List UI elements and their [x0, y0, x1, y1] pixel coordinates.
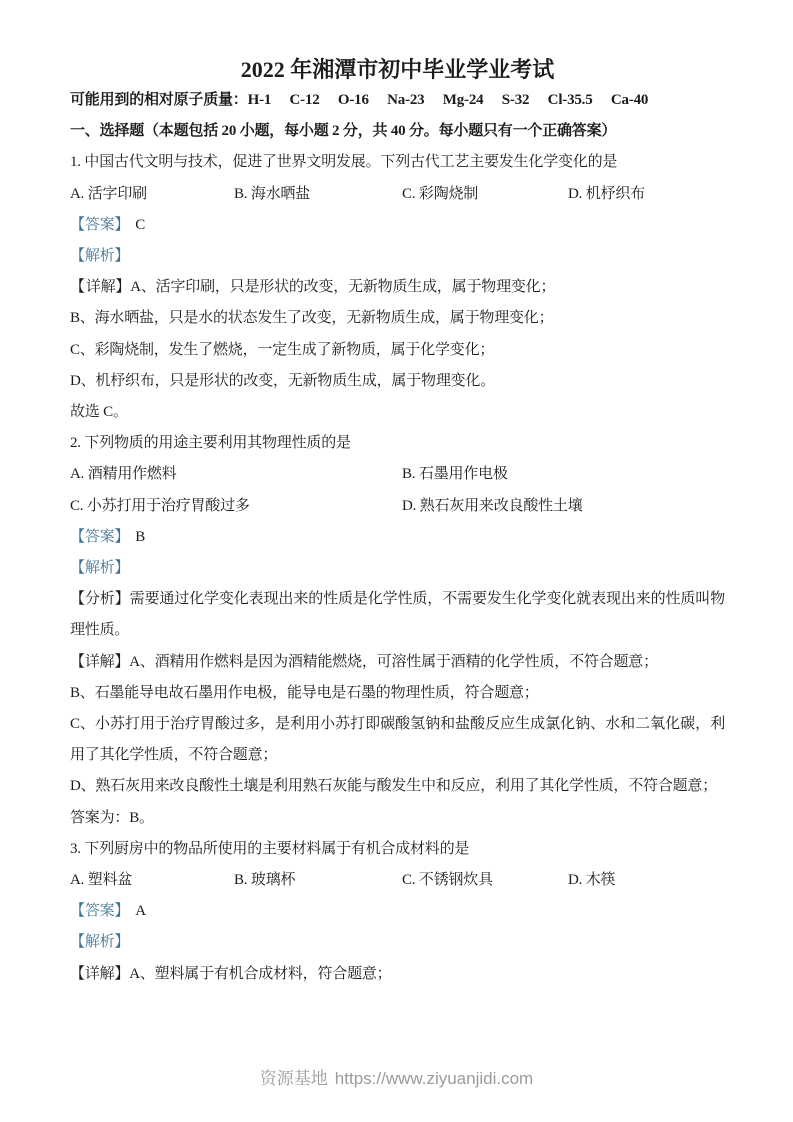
analysis-tag: 解析	[85, 560, 115, 576]
left-bracket: 【	[70, 248, 85, 264]
detail-tag: 详解	[85, 966, 115, 982]
q3-option-d: D. 木筷	[568, 865, 725, 896]
q1-analysis-line: 【解析】	[70, 241, 725, 272]
page-title: 2022 年湘潭市初中毕业学业考试	[70, 0, 725, 85]
left-bracket: 【	[70, 654, 85, 670]
atomic-masses-line: 可能用到的相对原子质量：H-1 C-12 O-16 Na-23 Mg-24 S-…	[70, 85, 725, 116]
exam-content: 2022 年湘潭市初中毕业学业考试 可能用到的相对原子质量：H-1 C-12 O…	[0, 0, 793, 990]
question-3-block: 3. 下列厨房中的物品所使用的主要材料属于有机合成材料的是 A. 塑料盆 B. …	[70, 834, 725, 990]
q2-options-row-2: C. 小苏打用于治疗胃酸过多 D. 熟石灰用来改良酸性土壤	[70, 491, 725, 522]
q3-answer-line: 【答案】A	[70, 896, 725, 927]
right-bracket: 】	[114, 966, 129, 982]
q1-answer-value: C	[135, 217, 145, 233]
answer-tag: 答案	[85, 903, 115, 919]
q2-conclusion: 答案为：B。	[70, 803, 725, 834]
right-bracket: 】	[114, 903, 129, 919]
question-1-block: 1. 中国古代文明与技术，促进了世界文明发展。下列古代工艺主要发生化学变化的是 …	[70, 147, 725, 428]
q3-option-b: B. 玻璃杯	[234, 865, 402, 896]
left-bracket: 【	[70, 966, 85, 982]
right-bracket: 】	[115, 591, 130, 607]
q1-detail-line-c: C、彩陶烧制，发生了燃烧，一定生成了新物质，属于化学变化；	[70, 335, 725, 366]
q2-options-row-1: A. 酒精用作燃料 B. 石墨用作电极	[70, 459, 725, 490]
q2-comment-text: 需要通过化学变化表现出来的性质是化学性质，不需要发生化学变化就表现出来的性质叫物…	[70, 591, 725, 638]
q2-answer-line: 【答案】B	[70, 522, 725, 553]
q3-option-c: C. 不锈钢炊具	[402, 865, 568, 896]
right-bracket: 】	[114, 248, 129, 264]
left-bracket: 【	[70, 560, 85, 576]
left-bracket: 【	[70, 903, 85, 919]
atomic-masses-label: 可能用到的相对原子质量：	[70, 92, 248, 108]
q1-option-c: C. 彩陶烧制	[402, 179, 568, 210]
q2-option-b: B. 石墨用作电极	[402, 459, 725, 490]
q2-detail-line-c: C、小苏打用于治疗胃酸过多，是利用小苏打即碳酸氢钠和盐酸反应生成氯化钠、水和二氧…	[70, 709, 725, 771]
answer-tag: 答案	[85, 217, 115, 233]
analysis-tag: 解析	[85, 248, 115, 264]
q1-conclusion: 故选 C。	[70, 397, 725, 428]
q1-detail-line-d: D、机杼织布，只是形状的改变，无新物质生成，属于物理变化。	[70, 366, 725, 397]
q3-stem: 3. 下列厨房中的物品所使用的主要材料属于有机合成材料的是	[70, 834, 725, 865]
right-bracket: 】	[114, 654, 129, 670]
q2-answer-value: B	[135, 529, 145, 545]
right-bracket: 】	[114, 560, 129, 576]
exam-document-page: 2022 年湘潭市初中毕业学业考试 可能用到的相对原子质量：H-1 C-12 O…	[0, 0, 793, 1122]
q1-option-d: D. 机杼织布	[568, 179, 725, 210]
section-heading: 一、选择题（本题包括 20 小题，每小题 2 分，共 40 分。每小题只有一个正…	[70, 116, 725, 147]
page-footer: 资源基地https://www.ziyuanjidi.com	[0, 1064, 793, 1089]
comment-tag: 分析	[85, 591, 115, 607]
q2-detail-line-a: 【详解】A、酒精用作燃料是因为酒精能燃烧，可溶性属于酒精的化学性质，不符合题意；	[70, 647, 725, 678]
q2-option-d: D. 熟石灰用来改良酸性土壤	[402, 491, 725, 522]
q2-option-c: C. 小苏打用于治疗胃酸过多	[70, 491, 402, 522]
right-bracket: 】	[114, 934, 129, 950]
detail-tag: 详解	[85, 654, 115, 670]
atomic-masses-values: H-1 C-12 O-16 Na-23 Mg-24 S-32 Cl-35.5 C…	[248, 92, 649, 108]
q3-analysis-line: 【解析】	[70, 927, 725, 958]
q1-detail-a-text: A、活字印刷，只是形状的改变，无新物质生成，属于物理变化；	[130, 279, 555, 295]
footer-site-name: 资源基地	[260, 1069, 328, 1088]
q1-detail-line-b: B、海水晒盐，只是水的状态发生了改变，无新物质生成，属于物理变化；	[70, 303, 725, 334]
footer-url[interactable]: https://www.ziyuanjidi.com	[335, 1069, 533, 1088]
question-2-block: 2. 下列物质的用途主要利用其物理性质的是 A. 酒精用作燃料 B. 石墨用作电…	[70, 428, 725, 834]
q1-option-a: A. 活字印刷	[70, 179, 234, 210]
q3-answer-value: A	[135, 903, 146, 919]
left-bracket: 【	[70, 217, 85, 233]
q3-options-row: A. 塑料盆 B. 玻璃杯 C. 不锈钢炊具 D. 木筷	[70, 865, 725, 896]
left-bracket: 【	[70, 279, 85, 295]
q2-stem: 2. 下列物质的用途主要利用其物理性质的是	[70, 428, 725, 459]
q3-detail-a-text: A、塑料属于有机合成材料，符合题意；	[129, 966, 391, 982]
q2-detail-line-b: B、石墨能导电故石墨用作电极，能导电是石墨的物理性质，符合题意；	[70, 678, 725, 709]
q1-stem: 1. 中国古代文明与技术，促进了世界文明发展。下列古代工艺主要发生化学变化的是	[70, 147, 725, 178]
analysis-tag: 解析	[85, 934, 115, 950]
q2-detail-a-text: A、酒精用作燃料是因为酒精能燃烧，可溶性属于酒精的化学性质，不符合题意；	[129, 654, 658, 670]
left-bracket: 【	[70, 591, 85, 607]
q1-answer-line: 【答案】C	[70, 210, 725, 241]
detail-tag: 详解	[86, 279, 116, 295]
q3-option-a: A. 塑料盆	[70, 865, 234, 896]
q1-options-row: A. 活字印刷 B. 海水晒盐 C. 彩陶烧制 D. 机杼织布	[70, 179, 725, 210]
q2-analysis-line: 【解析】	[70, 553, 725, 584]
q1-option-b: B. 海水晒盐	[234, 179, 402, 210]
left-bracket: 【	[70, 934, 85, 950]
q2-comment-line: 【分析】需要通过化学变化表现出来的性质是化学性质，不需要发生化学变化就表现出来的…	[70, 584, 725, 646]
right-bracket: 】	[114, 217, 129, 233]
right-bracket: 】	[114, 529, 129, 545]
q1-detail-line-a: 【详解】A、活字印刷，只是形状的改变，无新物质生成，属于物理变化；	[70, 272, 725, 303]
right-bracket: 】	[115, 279, 130, 295]
q3-detail-line-a: 【详解】A、塑料属于有机合成材料，符合题意；	[70, 959, 725, 990]
q2-option-a: A. 酒精用作燃料	[70, 459, 402, 490]
answer-tag: 答案	[85, 529, 115, 545]
q2-detail-line-d: D、熟石灰用来改良酸性土壤是利用熟石灰能与酸发生中和反应，利用了其化学性质，不符…	[70, 771, 725, 802]
left-bracket: 【	[70, 529, 85, 545]
